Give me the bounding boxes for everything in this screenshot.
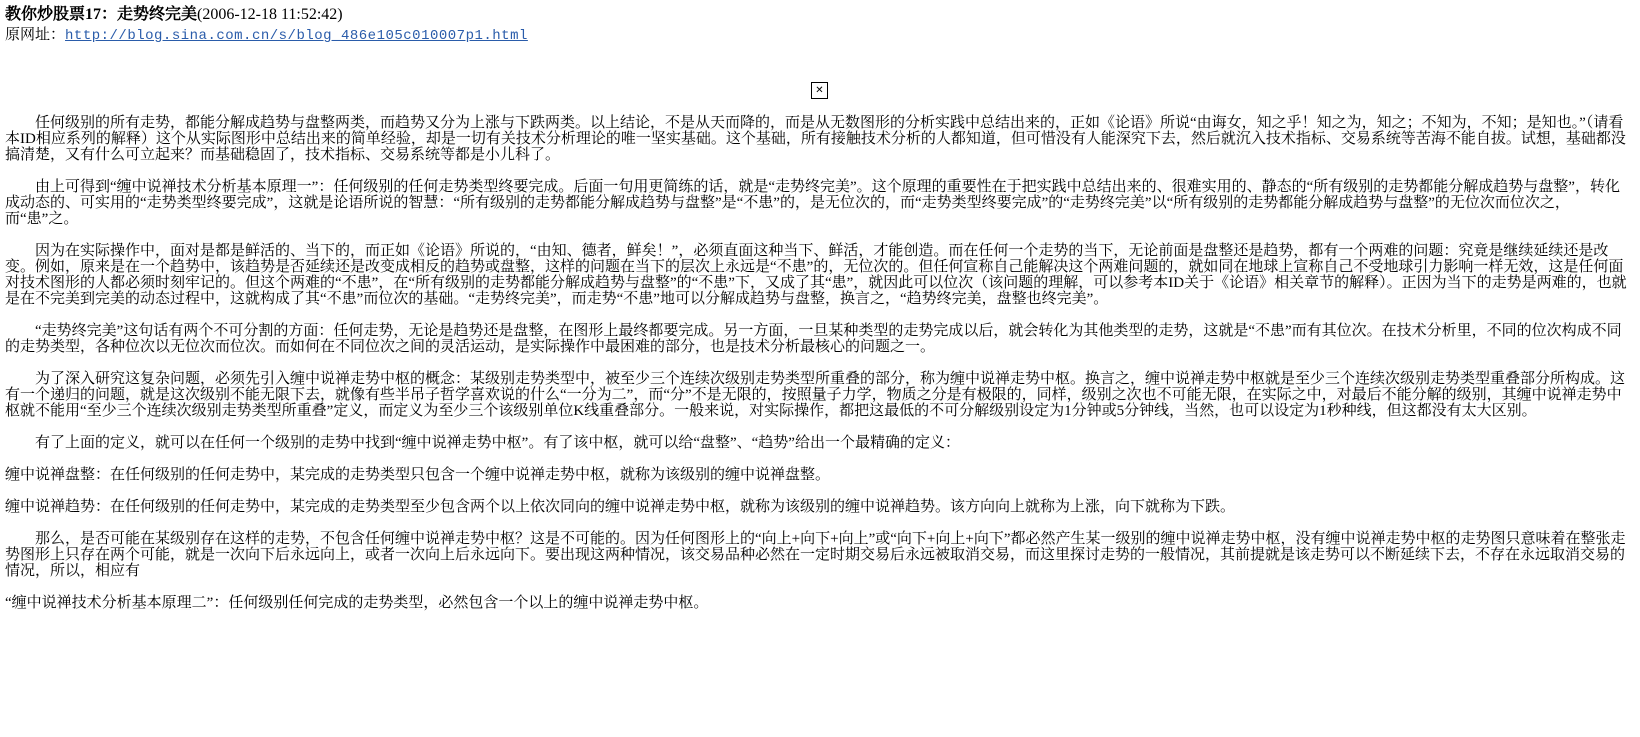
page-title-text: 教你炒股票17：走势终完美 <box>5 6 197 23</box>
article-paragraph: 有了上面的定义，就可以在任何一个级别的走势中找到“缠中说禅走势中枢”。有了该中枢… <box>5 435 1634 451</box>
article-paragraph-definition-qushi: 缠中说禅趋势：在任何级别的任何走势中，某完成的走势类型至少包含两个以上依次同向的… <box>5 499 1634 515</box>
article-paragraph: 任何级别的所有走势，都能分解成趋势与盘整两类，而趋势又分为上涨与下跌两类。以上结… <box>5 115 1634 163</box>
article-paragraph: 因为在实际操作中，面对是都是鲜活的、当下的，而正如《论语》所说的，“由知、德者，… <box>5 243 1634 307</box>
source-row: 原网址：http://blog.sina.com.cn/s/blog_486e1… <box>5 26 1634 46</box>
broken-image-x-glyph: ✕ <box>815 85 823 96</box>
article-paragraph-definition-panzheng: 缠中说禅盘整：在任何级别的任何走势中，某完成的走势类型只包含一个缠中说禅走势中枢… <box>5 467 1634 483</box>
article-paragraph: 为了深入研究这复杂问题，必须先引入缠中说禅走势中枢的概念：某级别走势类型中，被至… <box>5 371 1634 419</box>
broken-image-icon: ✕ <box>811 82 828 99</box>
article-body: 任何级别的所有走势，都能分解成趋势与盘整两类，而趋势又分为上涨与下跌两类。以上结… <box>5 115 1634 611</box>
article-paragraph-principle-two: “缠中说禅技术分析基本原理二”：任何级别任何完成的走势类型，必然包含一个以上的缠… <box>5 595 1634 611</box>
source-link[interactable]: http://blog.sina.com.cn/s/blog_486e105c0… <box>65 28 528 44</box>
article-paragraph: 那么，是否可能在某级别存在这样的走势，不包含任何缠中说禅走势中枢？这是不可能的。… <box>5 531 1634 579</box>
page: 教你炒股票17：走势终完美(2006-12-18 11:52:42) 原网址：h… <box>0 0 1640 737</box>
article-paragraph: “走势终完美”这句话有两个不可分割的方面：任何走势，无论是趋势还是盘整，在图形上… <box>5 323 1634 355</box>
page-title: 教你炒股票17：走势终完美(2006-12-18 11:52:42) <box>5 5 1634 25</box>
source-label: 原网址： <box>5 27 65 43</box>
article-paragraph: 由上可得到“缠中说禅技术分析基本原理一”：任何级别的任何走势类型终要完成。后面一… <box>5 179 1634 227</box>
page-timestamp: (2006-12-18 11:52:42) <box>197 6 343 23</box>
